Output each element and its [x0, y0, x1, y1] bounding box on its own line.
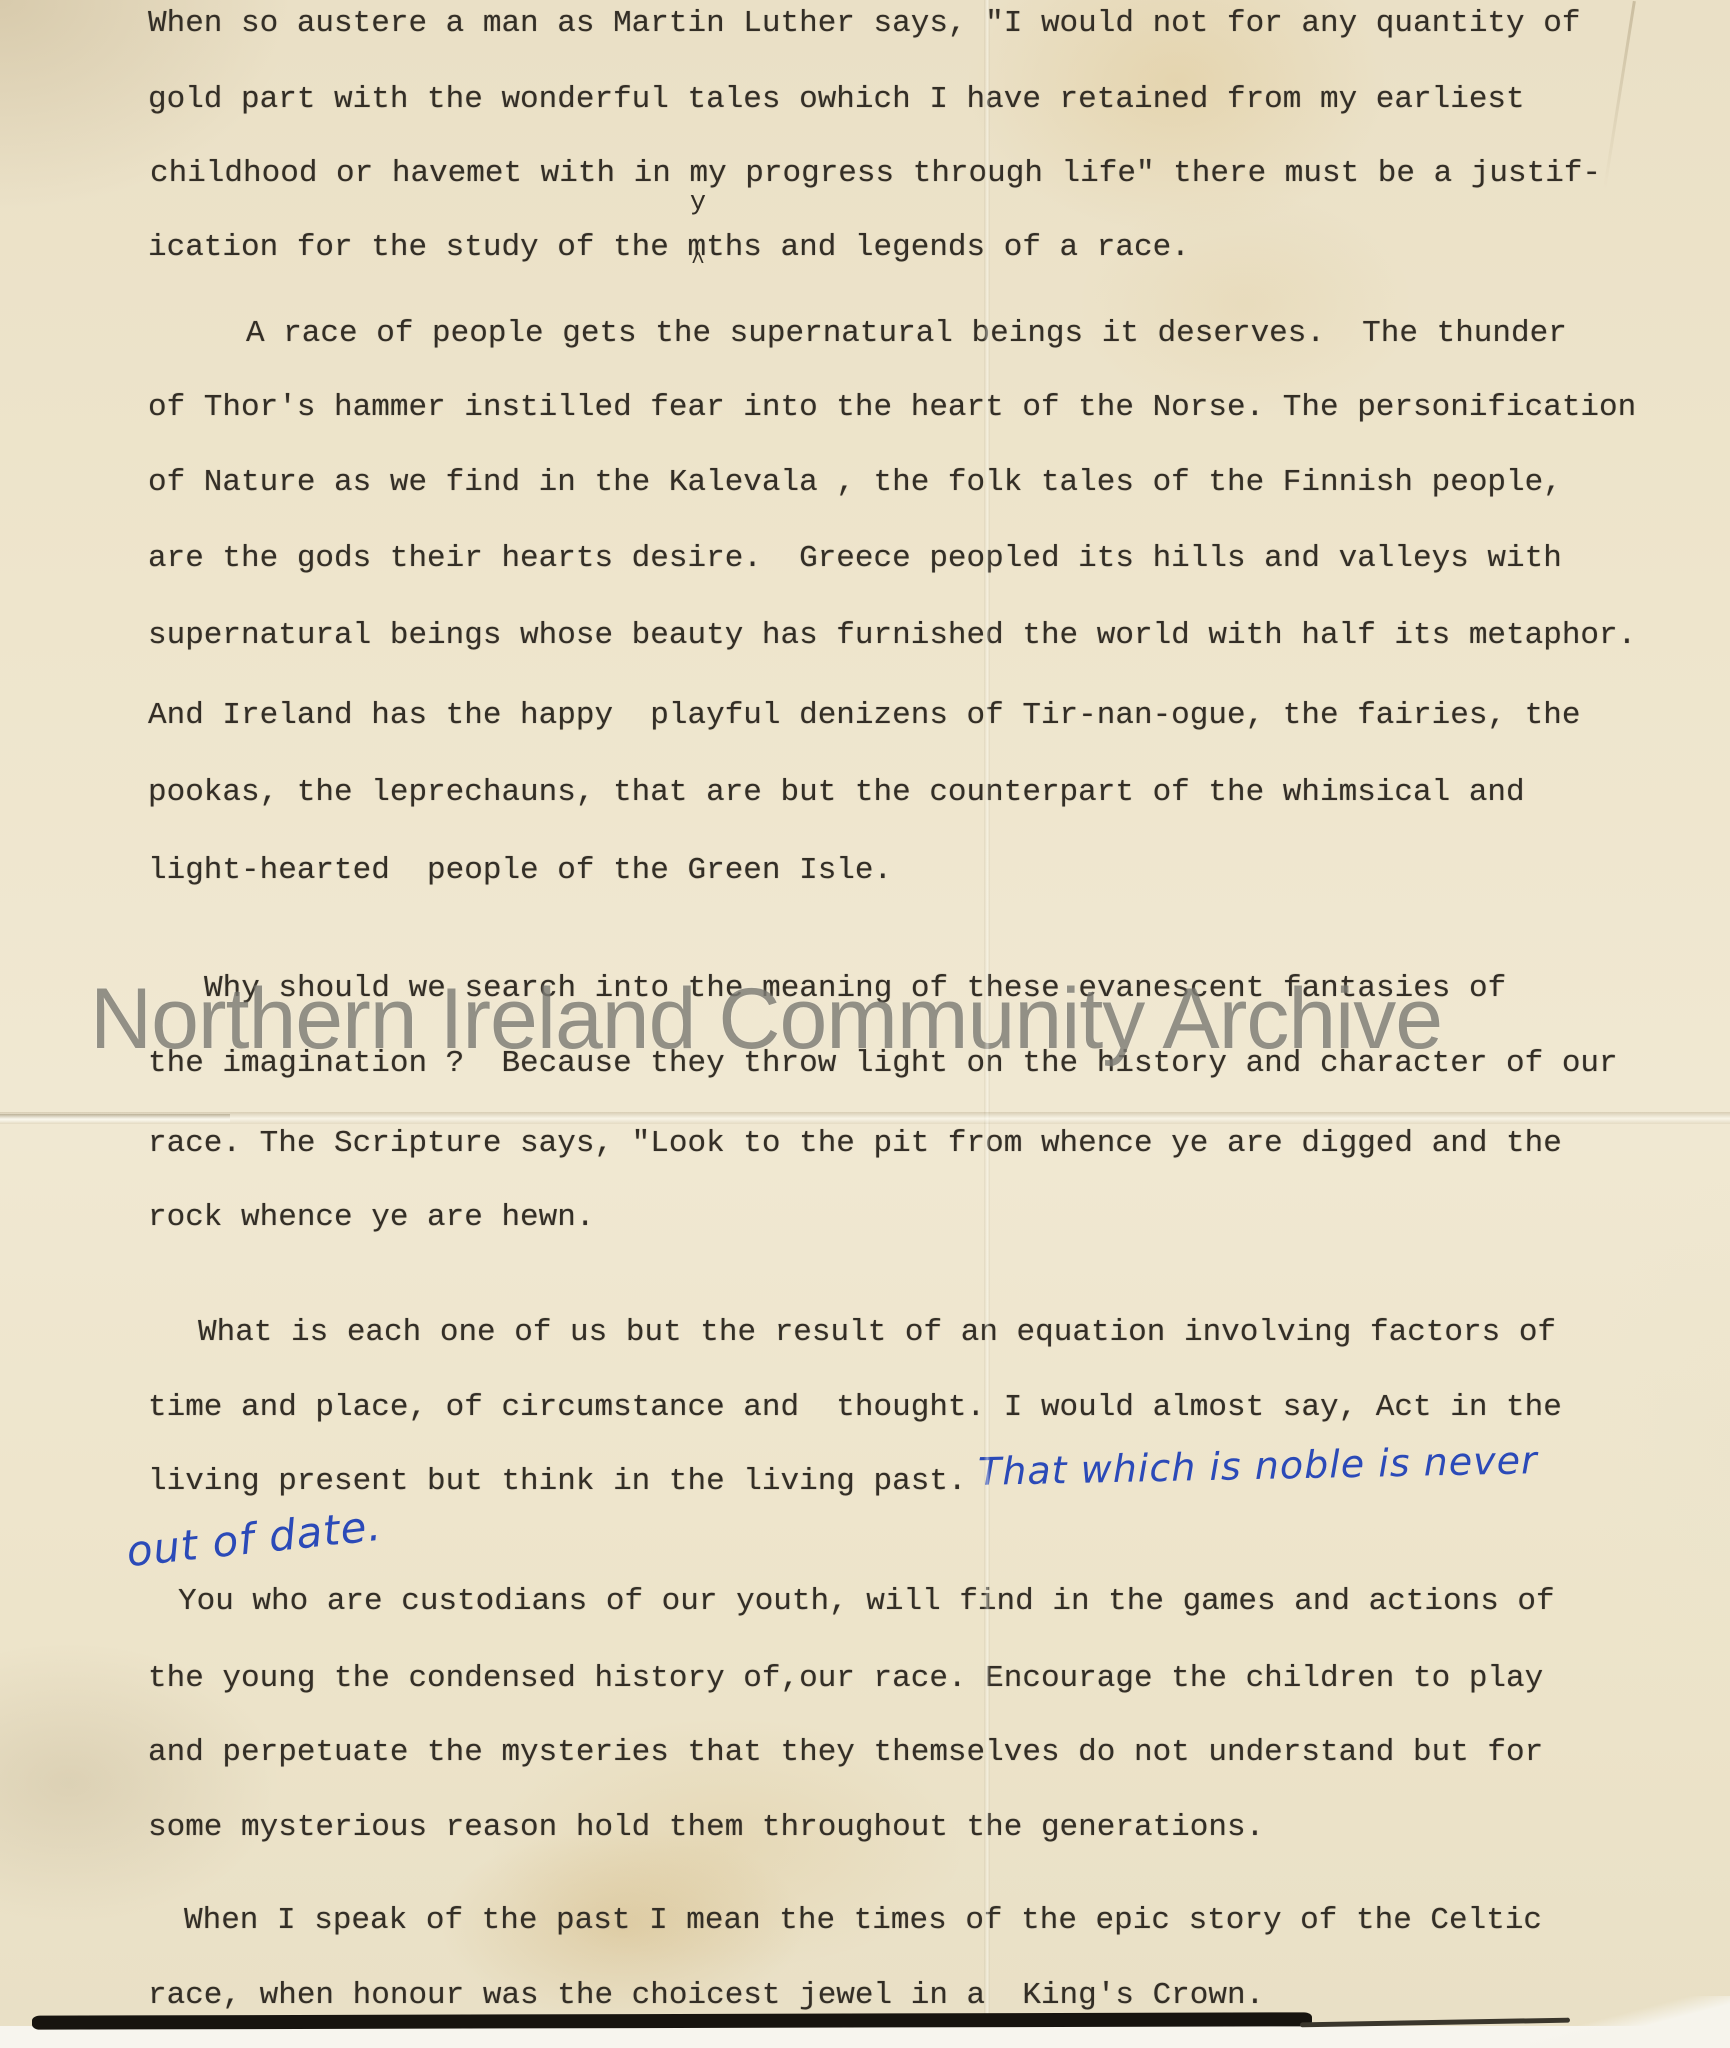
scanned-document: When so austere a man as Martin Luther s…: [0, 0, 1730, 2048]
typed-line: of Nature as we find in the Kalevala , t…: [148, 467, 1562, 498]
handwritten-annotation-line1: That which is noble is never: [978, 1438, 1538, 1494]
typed-line: And Ireland has the happy playful denize…: [148, 700, 1580, 731]
typed-line: of Thor's hammer instilled fear into the…: [148, 392, 1636, 423]
typed-line: A race of people gets the supernatural b…: [246, 318, 1567, 349]
corner-crease-top-right: [1603, 1, 1636, 189]
typed-line: some mysterious reason hold them through…: [148, 1812, 1264, 1843]
typed-line: When so austere a man as Martin Luther s…: [148, 8, 1580, 39]
typed-line: pookas, the leprechauns, that are but th…: [148, 777, 1525, 808]
typed-line: race, when honour was the choicest jewel…: [148, 1980, 1264, 2011]
typed-line: living present but think in the living p…: [148, 1466, 967, 1497]
typed-line: rock whence ye are hewn.: [148, 1202, 594, 1233]
typed-line: are the gods their hearts desire. Greece…: [148, 543, 1562, 574]
fold-crease-horizontal-left: [0, 1114, 230, 1123]
typed-line: When I speak of the past I mean the time…: [184, 1905, 1542, 1936]
typed-line: light-hearted people of the Green Isle.: [148, 855, 892, 886]
typed-line: supernatural beings whose beauty has fur…: [148, 620, 1636, 651]
fold-crease-vertical: [984, 0, 990, 2026]
inserted-character: y: [678, 190, 718, 217]
archive-watermark: Northern Ireland Community Archive: [90, 970, 1442, 1069]
document-page: When so austere a man as Martin Luther s…: [0, 0, 1730, 2026]
fold-crease-horizontal: [0, 1112, 1730, 1124]
typed-line: and perpetuate the mysteries that they t…: [148, 1737, 1543, 1768]
typed-correction-insertion: y ^: [678, 190, 718, 275]
insertion-caret-mark: ^: [678, 251, 718, 275]
typed-line: ication for the study of the mths and le…: [148, 232, 1190, 263]
typed-line: gold part with the wonderful tales owhic…: [148, 84, 1525, 115]
typed-line: time and place, of circumstance and thou…: [148, 1392, 1562, 1423]
typed-line: race. The Scripture says, "Look to the p…: [148, 1128, 1562, 1159]
typed-line: childhood or havemet with in my progress…: [150, 158, 1601, 189]
handwritten-annotation-line2: out of date.: [124, 1501, 384, 1576]
typed-line: You who are custodians of our youth, wil…: [178, 1586, 1555, 1617]
typed-line: the young the condensed history of,our r…: [148, 1663, 1543, 1694]
typed-line: What is each one of us but the result of…: [198, 1317, 1556, 1348]
sheet-below-page: [0, 2026, 1730, 2048]
